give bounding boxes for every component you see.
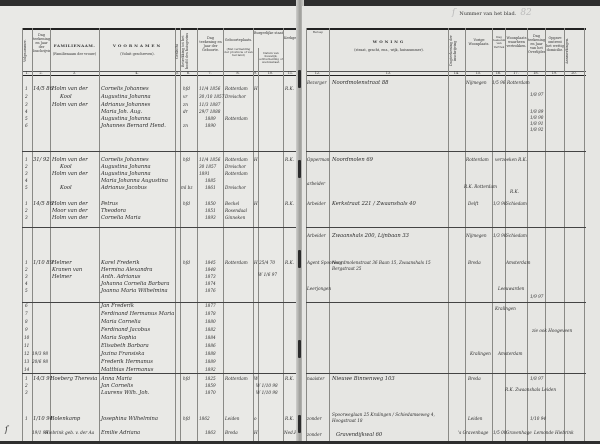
church: R.K.	[285, 201, 294, 207]
given-names: Johannes Bernard Hend.	[101, 123, 166, 129]
row-number: 1	[25, 86, 28, 92]
row-number: 12	[24, 351, 29, 357]
col-header-vorige-woonplaats: Vorige Woonplaats.	[466, 38, 492, 46]
binding-clip	[298, 70, 301, 88]
birth-date: 1880	[205, 319, 216, 325]
death-date: 1/9 97	[530, 294, 543, 300]
surname: Moor van der	[52, 208, 88, 214]
civil-status: H	[254, 86, 258, 92]
col-line	[527, 28, 528, 444]
row-number: 5	[25, 116, 28, 122]
given-names: Anth. Adrianus	[101, 274, 140, 280]
row-number: 2	[25, 267, 28, 273]
birth-date: 1888	[205, 351, 216, 357]
registration-date: 14/5 86	[33, 201, 53, 207]
col-line	[329, 28, 330, 444]
remarks: zie ook Hoogeveen	[532, 328, 572, 334]
col-header-geboorteplaats-sub: (Met vermelding der provincie of van het…	[224, 48, 253, 57]
birth-date: 1878	[205, 311, 216, 317]
address: Noordmolenstraat 36 Baan 15, Zwaanshals …	[332, 260, 442, 272]
col-header-betrekking: Betrekking tot het hoofd des huisgezins	[181, 32, 197, 70]
binding-clip	[298, 415, 301, 433]
col-header-domicilie: Opgave omtrent het wettig domicilie.	[546, 36, 564, 52]
page-number-value: 82	[520, 8, 531, 18]
previous-residence: Delft	[468, 201, 478, 207]
row-number: 1	[25, 260, 28, 266]
header-top-rule	[306, 28, 586, 30]
remarks: R.K. Zwaanshals Leiden	[505, 387, 556, 393]
col-header-inschrijving: Dag teekening en Jaar der Inschrijving.	[33, 33, 50, 53]
given-names: Frederik Hermanus	[101, 359, 153, 365]
birth-place: Breda	[225, 430, 238, 436]
given-names: Adrianus Johannes	[101, 102, 150, 108]
col-header-woonplaats-vertrokken: Woonplaats waarheen vertrokken.	[506, 36, 527, 48]
given-names: Maria Johanna Augustina	[101, 178, 168, 184]
group-separator	[306, 227, 586, 228]
group-separator	[306, 373, 586, 374]
civil-status: H	[254, 430, 258, 436]
occupation: Opperman	[307, 157, 329, 163]
occupation: Leerjongen	[307, 286, 331, 292]
registration-date: 14/5 86	[33, 86, 53, 92]
birth-date: 1850	[205, 201, 216, 207]
given-names: Ferdinand Hermanus Maria	[101, 311, 174, 317]
birth-date: 1876	[205, 288, 216, 294]
col-number: 19.	[545, 71, 564, 75]
surname: Holm van der	[52, 215, 88, 221]
civil-status: W 1/6 97	[258, 272, 277, 278]
occupation: Bezorger	[307, 80, 326, 86]
col-header-woning: WONING	[330, 40, 448, 44]
col-header-geslacht: Geslacht	[175, 32, 180, 70]
relation: hfd	[183, 376, 190, 382]
relation: hfd	[183, 260, 190, 266]
destination: Gravenhage	[506, 430, 532, 436]
given-names: Adrianus Jacobus	[101, 185, 147, 191]
row-number: 1	[25, 157, 28, 163]
birth-place: Dreischor	[225, 94, 246, 100]
occupation: naaister	[307, 376, 324, 382]
col-number: 15.	[465, 71, 492, 75]
header-bottom-rule	[306, 75, 586, 76]
birth-date: 1884	[205, 335, 216, 341]
row-number: 3	[25, 171, 28, 177]
col-line	[22, 28, 23, 444]
civil-status: H 25/4 70	[254, 260, 275, 266]
surname: Hiebrink geb. v. der Aa	[45, 430, 94, 436]
col-header-beroep: Beroep	[307, 31, 329, 34]
previous-residence: Leiden	[468, 416, 482, 422]
birth-date: 1893	[205, 215, 216, 221]
col-number: 6.	[180, 71, 197, 75]
col-line	[584, 28, 585, 444]
address: Gravendijkwal 60	[336, 432, 382, 438]
binding-clip	[298, 160, 301, 178]
birth-date: 1886	[205, 343, 216, 349]
row-number: 10	[24, 335, 29, 341]
surname: Holm van der	[52, 86, 88, 92]
col-header-familienaam: FAMILIENAAM.	[50, 44, 99, 48]
col-number: 13.	[329, 71, 448, 75]
col-header-vertrek: Dag teekening van Vertrek	[493, 36, 505, 49]
relation: dr	[183, 109, 188, 115]
previous-residence: 's Gravenhage	[458, 430, 488, 436]
row-number: 2	[25, 383, 28, 389]
given-names: Elisabeth Barbara	[101, 343, 149, 349]
given-names: Josephina Wilhelmina	[101, 416, 158, 422]
row-number: 1	[25, 201, 28, 207]
destination: Schiedam	[506, 233, 527, 239]
address: Noordmolenstraat 88	[332, 80, 388, 86]
relation: zn	[183, 123, 188, 129]
header-top-rule	[22, 28, 298, 30]
row-number: 7	[25, 311, 28, 317]
col-header-overlijden: Dag teekening en Jaar van het Overlijden…	[528, 34, 545, 54]
col-header-dagteekening: Dagteekening der inschrijving	[449, 32, 465, 70]
birth-date: 1889	[205, 116, 216, 122]
birth-date: 1877	[205, 303, 216, 309]
col-header-aanmerkingen: Aanmerkingen.	[565, 34, 584, 68]
col-line	[545, 28, 546, 444]
birth-date: 1851	[205, 208, 216, 214]
relation: hfd	[183, 201, 190, 207]
col-header-geboorteplaats: Geboorteplaats.	[224, 38, 253, 42]
row-number: 2	[25, 94, 28, 100]
row-number: 9	[25, 327, 28, 333]
col-number: 2.	[32, 71, 50, 75]
address: Zwaanshals 200, Lijnbaan 33	[332, 233, 409, 239]
relation: vr	[183, 94, 187, 100]
col-number: 17.	[505, 71, 527, 75]
civil-status: H	[254, 201, 258, 207]
col-header-geboorte: Dag teekening en Jaar der Geboorte.	[198, 36, 223, 52]
row-number: 3	[25, 102, 28, 108]
given-names: Johanna Cornelia Barbara	[101, 281, 169, 287]
surname: Holm van der	[52, 201, 88, 207]
row-number: 4	[25, 178, 28, 184]
birth-date: 1859	[205, 383, 216, 389]
given-names: Matthias Hermanus	[101, 367, 153, 373]
given-names: Laurens Wilh. Joh.	[101, 390, 149, 396]
death-date: 1/10 94	[530, 416, 546, 422]
header-bottom-rule	[22, 75, 298, 76]
birth-date: 29/7 1888	[199, 109, 220, 115]
departure-date: 1/3 96	[493, 233, 506, 239]
birth-place: Rotterdam	[225, 157, 248, 163]
church: R.K.	[285, 86, 294, 92]
departure-date: 1/5 00	[493, 430, 506, 436]
birth-date: 30 1857	[199, 164, 216, 170]
birth-place: Rotterdam	[225, 376, 248, 382]
col-number: 14.	[448, 71, 465, 75]
row-number: 1	[25, 416, 28, 422]
given-names: Augustina Johanna	[101, 116, 151, 122]
relation: hfd	[183, 416, 190, 422]
col-line	[223, 28, 224, 444]
destination: Amsterdam	[506, 260, 530, 266]
given-names: Maria Cornelia	[101, 319, 141, 325]
given-names: Karel Frederik	[101, 260, 140, 266]
address: Nieuwe Binnenweg 103	[332, 376, 395, 382]
civil-status: W 1/10 98	[256, 390, 278, 396]
surname: Hoeberg Theresia	[50, 376, 97, 382]
group-separator	[306, 151, 586, 152]
col-header-huwelijk: Datum van huwelijk, echtscheiding of wed…	[259, 52, 283, 64]
given-names: Theodora	[101, 208, 126, 214]
col-header-voornamen-sub: (Voluit geschreven).	[100, 52, 175, 56]
birth-place: Dreischor	[225, 164, 246, 170]
previous-residence: Nijmegen	[466, 80, 487, 86]
birth-place: Beckel	[225, 201, 239, 207]
address: Kerkstraat 221 / Zwaanshals 40	[332, 201, 416, 207]
previous-residence: R.K. Rotterdam	[464, 184, 497, 190]
given-names: Cornelia Maria	[101, 215, 141, 221]
birth-place: Rotterdam	[225, 86, 248, 92]
given-names: Joanna Maria Wilhelmina	[101, 288, 168, 294]
birth-date: 1891	[199, 171, 210, 177]
birth-date: 11/3 1887	[199, 102, 220, 108]
address: Spoorweglaan 25 Kralingen / Schiedamsewe…	[332, 412, 452, 424]
departure-date: 1/3 96	[493, 201, 506, 207]
row-number: 5	[25, 185, 28, 191]
birth-date: 1892	[205, 367, 216, 373]
row-number: 1	[25, 376, 28, 382]
registration-date: 20/6 98	[32, 359, 48, 365]
surname: Holm van der	[52, 102, 88, 108]
previous-residence: Rotterdam	[466, 157, 489, 163]
birth-place: Dreischor	[225, 185, 246, 191]
surname: Kool	[60, 185, 72, 191]
given-names: Anna Maria	[101, 376, 132, 382]
col-number: 4.	[99, 71, 175, 75]
col-line	[180, 28, 181, 444]
church: R.K.	[285, 260, 294, 266]
birth-place: Rotterdam	[225, 116, 248, 122]
occupation: zonder	[307, 432, 322, 438]
row-number: 13	[24, 359, 29, 365]
birth-date: 1870	[205, 390, 216, 396]
row-number: 3	[25, 215, 28, 221]
left-page: Volgnummer. Dag teekening en Jaar der In…	[0, 6, 298, 442]
col-line	[175, 28, 176, 444]
row-number: 8	[25, 319, 28, 325]
row-number: 6	[25, 303, 28, 309]
previous-residence: Kralingen	[470, 351, 491, 357]
birth-date: 11/4 1856	[199, 157, 220, 163]
civil-status: H	[254, 157, 258, 163]
row-number: 11	[24, 343, 29, 349]
birth-date: 1874	[205, 281, 216, 287]
registration-date: 31/ 92	[33, 157, 50, 163]
col-line	[99, 28, 100, 444]
given-names: Augustina Johanna	[101, 171, 151, 177]
col-number: 1.	[22, 71, 32, 75]
row-number: 2	[25, 208, 28, 214]
col-header-woning-sub: (straat, gracht, enz., wijk, huisnummer)…	[330, 48, 448, 52]
group-separator	[22, 302, 298, 303]
page-number-label: ſNummer van het blad.82	[452, 8, 532, 18]
birth-date: 1889	[205, 359, 216, 365]
row-number: 3	[25, 274, 28, 280]
death-date: 1/8 97	[530, 376, 543, 382]
destination: verzoeken R.K.	[495, 157, 527, 163]
col-number: 7.	[197, 71, 223, 75]
birth-place: Leiden	[225, 416, 239, 422]
given-names: Jan Cornelis	[101, 383, 133, 389]
col-header-volgnummer: Volgnummer.	[23, 32, 32, 70]
birth-place: Rosendaal	[225, 208, 247, 214]
destination: Schiedam	[506, 201, 527, 207]
surname: Holm van der	[52, 171, 88, 177]
margin-mark: ſ	[5, 427, 8, 433]
birth-date: 11/4 1856	[199, 86, 220, 92]
col-line	[448, 28, 449, 444]
birth-date: 1863	[205, 430, 216, 436]
previous-residence: Breda	[468, 260, 481, 266]
birth-date: 1873	[205, 274, 216, 280]
col-header-voornamen: VOORNAMEN	[100, 44, 175, 48]
birth-place: Rotterdam	[225, 260, 248, 266]
col-number: 3.	[50, 71, 99, 75]
birth-date: 30 /10 1857	[199, 94, 224, 100]
surname: Helmer	[52, 274, 72, 280]
surname: Kool	[60, 94, 72, 100]
destination: Leeuwarden	[498, 286, 524, 292]
departure-date: 1/5 96	[492, 80, 505, 86]
col-line	[564, 28, 565, 444]
registration-date: 1/10 89	[33, 260, 53, 266]
col-number: 8.	[223, 71, 253, 75]
group-separator	[22, 151, 298, 152]
binding-clip	[298, 340, 301, 358]
relation: zn	[183, 102, 188, 108]
col-header-familienaam-sub: (Familienaam der vrouw)	[50, 52, 99, 56]
row-number: 4	[25, 281, 28, 287]
birth-date: 1861	[205, 185, 216, 191]
surname: Holm van der	[52, 157, 88, 163]
group-separator	[22, 227, 298, 228]
birth-place: Rotterdam	[225, 171, 248, 177]
relation: ml bz	[181, 185, 193, 191]
given-names: Augustina Johanna	[101, 94, 151, 100]
col-line	[283, 28, 284, 444]
death-date: 1/8 97	[530, 92, 543, 98]
church: R.K.	[285, 376, 294, 382]
occupation: Arbeider	[307, 233, 326, 239]
previous-residence: Nijmegen	[466, 233, 487, 239]
relation: hfd	[183, 157, 190, 163]
registration-date: 19/3 98	[32, 351, 48, 357]
row-number: 2	[25, 164, 28, 170]
given-names: Jan Frederik	[101, 303, 134, 309]
destination: Rotterdam	[507, 80, 530, 86]
death-date: 1/8 92	[530, 127, 543, 133]
col-number: 18.	[527, 71, 545, 75]
church: R.K.	[285, 416, 294, 422]
birth-place: Ginneken	[225, 215, 245, 221]
binding-clip	[298, 250, 301, 268]
birth-date: 1890	[205, 123, 216, 129]
birth-date: 1882	[205, 327, 216, 333]
col-header-burgerlijke-staat: Burgerlijke staat	[254, 31, 283, 35]
civil-status: o	[254, 416, 257, 422]
page-number-caption: Nummer van het blad.	[459, 11, 516, 17]
given-names: Maria Sophia	[101, 335, 136, 341]
surname: Holenkamp	[50, 416, 80, 422]
right-page: ſNummer van het blad.82 Beroep WONING (s…	[302, 6, 600, 442]
given-names: Maria Joh. Aug.	[101, 109, 142, 115]
given-names: Ferdinand Jacobus	[101, 327, 150, 333]
birth-date: 1848	[205, 267, 216, 273]
row-number: 4	[25, 109, 28, 115]
previous-residence: Breda	[468, 376, 481, 382]
civil-status: W	[254, 376, 258, 382]
col-number: 16.	[492, 71, 505, 75]
row-number: 6	[25, 123, 28, 129]
given-names: Petrus	[101, 201, 118, 207]
given-names: Cornelis Johannes	[101, 157, 149, 163]
group-separator	[306, 302, 586, 303]
surname: Kranen van	[52, 267, 82, 273]
civil-status: W 1/10 98	[256, 383, 278, 389]
occupation: Arbeider	[307, 201, 326, 207]
col-line	[197, 28, 198, 444]
address: Noordmolen 69	[332, 157, 373, 163]
remarks: Lemonde Hiebrink	[534, 430, 574, 436]
birth-date: 1825	[205, 376, 216, 382]
destination: Kralingen	[495, 306, 516, 312]
surname: Helmer	[52, 260, 72, 266]
given-names: Augustina Johanna	[101, 164, 151, 170]
birth-date: 1845	[205, 260, 216, 266]
col-number: 12.	[306, 71, 329, 75]
col-number: 20.	[564, 71, 584, 75]
destination: R.K.	[510, 189, 519, 195]
church: R.K.	[285, 157, 294, 163]
group-separator	[22, 373, 298, 374]
page-number-prefix: ſ	[452, 8, 455, 18]
occupation: zonder	[307, 416, 322, 422]
birth-date: 1885	[205, 178, 216, 184]
given-names: Cornelis Johannes	[101, 86, 149, 92]
row-number: 5	[25, 288, 28, 294]
row-number: 14	[24, 367, 29, 373]
surname: Kool	[60, 164, 72, 170]
relation: hfd	[183, 86, 190, 92]
col-number: 10.	[258, 71, 283, 75]
given-names: Hermina Alexandra	[101, 267, 152, 273]
row-number: 3	[25, 390, 28, 396]
occupation: arbeider	[307, 181, 325, 187]
given-names: Emilie Adriana	[101, 430, 140, 436]
birth-date: 1862	[199, 416, 210, 422]
given-names: Jozina Fransiska	[101, 351, 144, 357]
destination: Amsterdam	[498, 351, 522, 357]
